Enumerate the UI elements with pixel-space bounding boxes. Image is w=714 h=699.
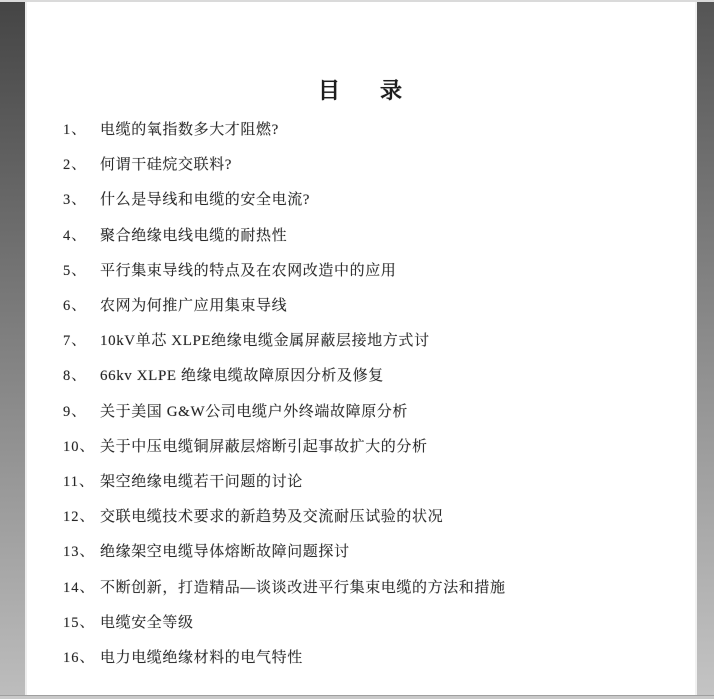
toc-entry: 5、 平行集束导线的特点及在农网改造中的应用 <box>63 252 684 287</box>
page-bottom-edge <box>0 695 714 699</box>
toc-entry-number: 15、 <box>63 611 100 632</box>
toc-entry-title: 10kV单芯 XLPE绝缘电缆金属屏蔽层接地方式讨 <box>100 329 684 350</box>
toc-title: 目 录 <box>27 74 694 105</box>
toc-entry-number: 10、 <box>63 435 100 456</box>
toc-entry: 6、 农网为何推广应用集束导线 <box>63 287 684 322</box>
toc-entry-number: 5、 <box>63 259 100 280</box>
toc-entry-number: 6、 <box>63 294 100 315</box>
toc-entry: 7、 10kV单芯 XLPE绝缘电缆金属屏蔽层接地方式讨 <box>63 322 684 357</box>
toc-entry-number: 9、 <box>63 400 100 421</box>
page-left-edge <box>25 2 27 696</box>
toc-entry: 13、 绝缘架空电缆导体熔断故障问题探讨 <box>63 533 684 568</box>
page-top-edge <box>0 0 714 2</box>
toc-entry-title: 关于美国 G&W公司电缆户外终端故障原分析 <box>100 400 684 421</box>
toc-entry: 2、 何谓干硅烷交联料? <box>63 146 684 181</box>
toc-entry-title: 电力电缆绝缘材料的电气特性 <box>100 646 684 667</box>
toc-entry-number: 7、 <box>63 329 100 350</box>
toc-entry-title: 架空绝缘电缆若干问题的讨论 <box>100 470 684 491</box>
toc-entry: 15、 电缆安全等级 <box>63 604 684 639</box>
toc-entry-title: 绝缘架空电缆导体熔断故障问题探讨 <box>100 540 684 561</box>
page-right-edge <box>695 2 697 696</box>
toc-entry-title: 不断创新，打造精品—谈谈改进平行集束电缆的方法和措施 <box>100 576 684 597</box>
toc-entry-number: 1、 <box>63 118 100 139</box>
toc-entry-number: 4、 <box>63 224 100 245</box>
toc-entry: 11、 架空绝缘电缆若干问题的讨论 <box>63 463 684 498</box>
toc-entry-number: 16、 <box>63 646 100 667</box>
toc-entry-number: 3、 <box>63 188 100 209</box>
toc-entry-title: 什么是导线和电缆的安全电流? <box>100 188 684 209</box>
toc-entry: 12、 交联电缆技术要求的新趋势及交流耐压试验的状况 <box>63 498 684 533</box>
toc-entry-title: 交联电缆技术要求的新趋势及交流耐压试验的状况 <box>100 505 684 526</box>
toc-entry-title: 聚合绝缘电线电缆的耐热性 <box>100 224 684 245</box>
toc-entry-title: 电缆安全等级 <box>100 611 684 632</box>
toc-entry: 14、 不断创新，打造精品—谈谈改进平行集束电缆的方法和措施 <box>63 568 684 603</box>
scan-margin-right <box>697 2 714 696</box>
toc-entry-number: 12、 <box>63 505 100 526</box>
toc-entry-number: 14、 <box>63 576 100 597</box>
toc-entry: 1、 电缆的氧指数多大才阻燃? <box>63 111 684 146</box>
toc-entry: 9、 关于美国 G&W公司电缆户外终端故障原分析 <box>63 393 684 428</box>
toc-entry: 3、 什么是导线和电缆的安全电流? <box>63 181 684 216</box>
toc-entry-number: 13、 <box>63 540 100 561</box>
toc-entry-title: 关于中压电缆铜屏蔽层熔断引起事故扩大的分析 <box>100 435 684 456</box>
toc-entry-number: 11、 <box>63 470 100 491</box>
toc-entry: 10、 关于中压电缆铜屏蔽层熔断引起事故扩大的分析 <box>63 428 684 463</box>
toc-entry-title: 66kv XLPE 绝缘电缆故障原因分析及修复 <box>100 364 684 385</box>
scan-margin-left <box>0 2 25 696</box>
toc-entry-number: 8、 <box>63 364 100 385</box>
toc-entry-title: 平行集束导线的特点及在农网改造中的应用 <box>100 259 684 280</box>
toc-entry-title: 何谓干硅烷交联料? <box>100 153 684 174</box>
toc-entry-number: 2、 <box>63 153 100 174</box>
toc-entry-title: 农网为何推广应用集束导线 <box>100 294 684 315</box>
toc-entry-title: 电缆的氧指数多大才阻燃? <box>100 118 684 139</box>
toc-entry: 4、 聚合绝缘电线电缆的耐热性 <box>63 217 684 252</box>
toc-entry: 8、 66kv XLPE 绝缘电缆故障原因分析及修复 <box>63 357 684 392</box>
toc-entry: 16、 电力电缆绝缘材料的电气特性 <box>63 639 684 674</box>
toc-list: 1、 电缆的氧指数多大才阻燃? 2、 何谓干硅烷交联料? 3、 什么是导线和电缆… <box>63 111 684 674</box>
